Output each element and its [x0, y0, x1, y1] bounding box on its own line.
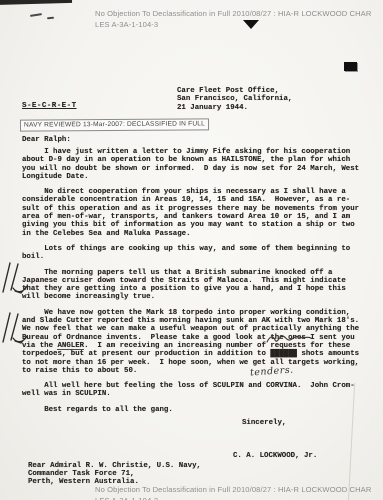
declassification-banner-bottom: No Objection To Declassification in Full… — [95, 484, 380, 500]
handwriting-scribble-icon — [266, 333, 312, 346]
classification-label: S-E-C-R-E-T — [22, 102, 77, 110]
declassification-banner-top: No Objection To Declassification in Full… — [95, 8, 380, 30]
signature-name: C. A. LOCKWOOD, Jr. — [233, 452, 317, 460]
closing: Sincerely, — [242, 419, 286, 427]
triangle-marker-icon — [243, 20, 259, 29]
paragraph: No direct cooperation from your ships is… — [22, 188, 370, 238]
ship-name-underline — [57, 349, 84, 350]
paragraph: Best regards to all the gang. — [22, 406, 370, 414]
pen-dash-icon — [30, 13, 42, 17]
paragraph: Lots of things are cooking up this way, … — [22, 245, 370, 262]
letter-body: I have just written a letter to Jimmy Fi… — [22, 148, 370, 421]
salutation: Dear Ralph: — [22, 136, 71, 144]
paragraph: I have just written a letter to Jimmy Fi… — [22, 148, 370, 181]
scan-edge-artifact — [0, 0, 72, 5]
addressee-block: Rear Admiral R. W. Christie, U.S. Navy, … — [28, 462, 201, 486]
paragraph: All well here but feeling the loss of SC… — [22, 382, 370, 399]
navy-review-stamp: NAVY REVIEWED 13-Mar-2007: DECLASSIFIED … — [20, 118, 209, 131]
black-corner-mark-icon — [344, 62, 357, 71]
return-address-block: Care Fleet Post Office, San Francisco, C… — [177, 87, 292, 112]
margin-annotation-icon — [1, 262, 29, 296]
pen-dash-icon — [47, 17, 54, 20]
paragraph: We have now gotten the Mark 18 torpedo i… — [22, 309, 370, 375]
scanned-letter-page: No Objection To Declassification in Full… — [0, 0, 383, 500]
margin-annotation-icon — [1, 312, 29, 346]
paragraph: The morning papers tell us that a Britis… — [22, 269, 370, 302]
